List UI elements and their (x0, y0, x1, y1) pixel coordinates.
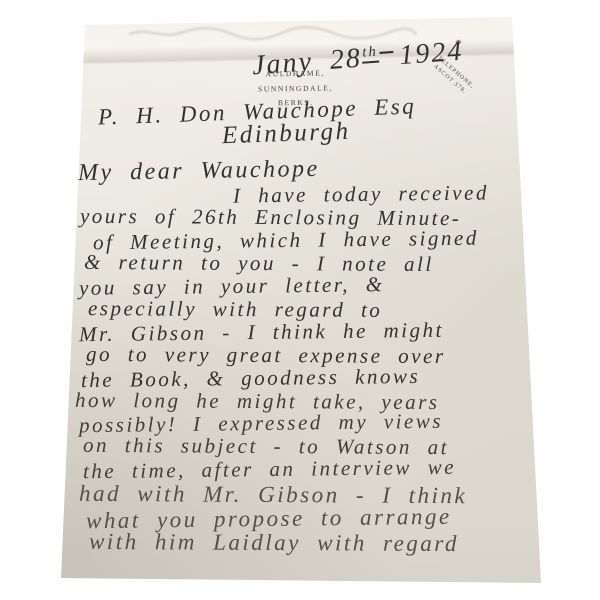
body-line: the time, after an interview we (83, 456, 456, 483)
body-line: you say in your letter, & (79, 273, 385, 299)
date-separator: - (377, 35, 401, 67)
body-line: the Book, & goodness knows (81, 365, 420, 391)
letter-paper: Jany 28th-1924 AULDHAME, SUNNINGDALE, BE… (0, 0, 600, 600)
letter-photo: Jany 28th-1924 AULDHAME, SUNNINGDALE, BE… (0, 0, 600, 600)
body-line: I have today received (233, 181, 489, 206)
recipient-city: Edinburgh (222, 118, 351, 150)
body-line: with him Laidlay with regard (89, 530, 459, 556)
ink-show-through (128, 25, 418, 41)
letterhead-line-town: SUNNINGDALE, (243, 81, 348, 97)
salutation: My dear Wauchope (78, 156, 320, 187)
body-line: especially with regard to (88, 297, 382, 321)
